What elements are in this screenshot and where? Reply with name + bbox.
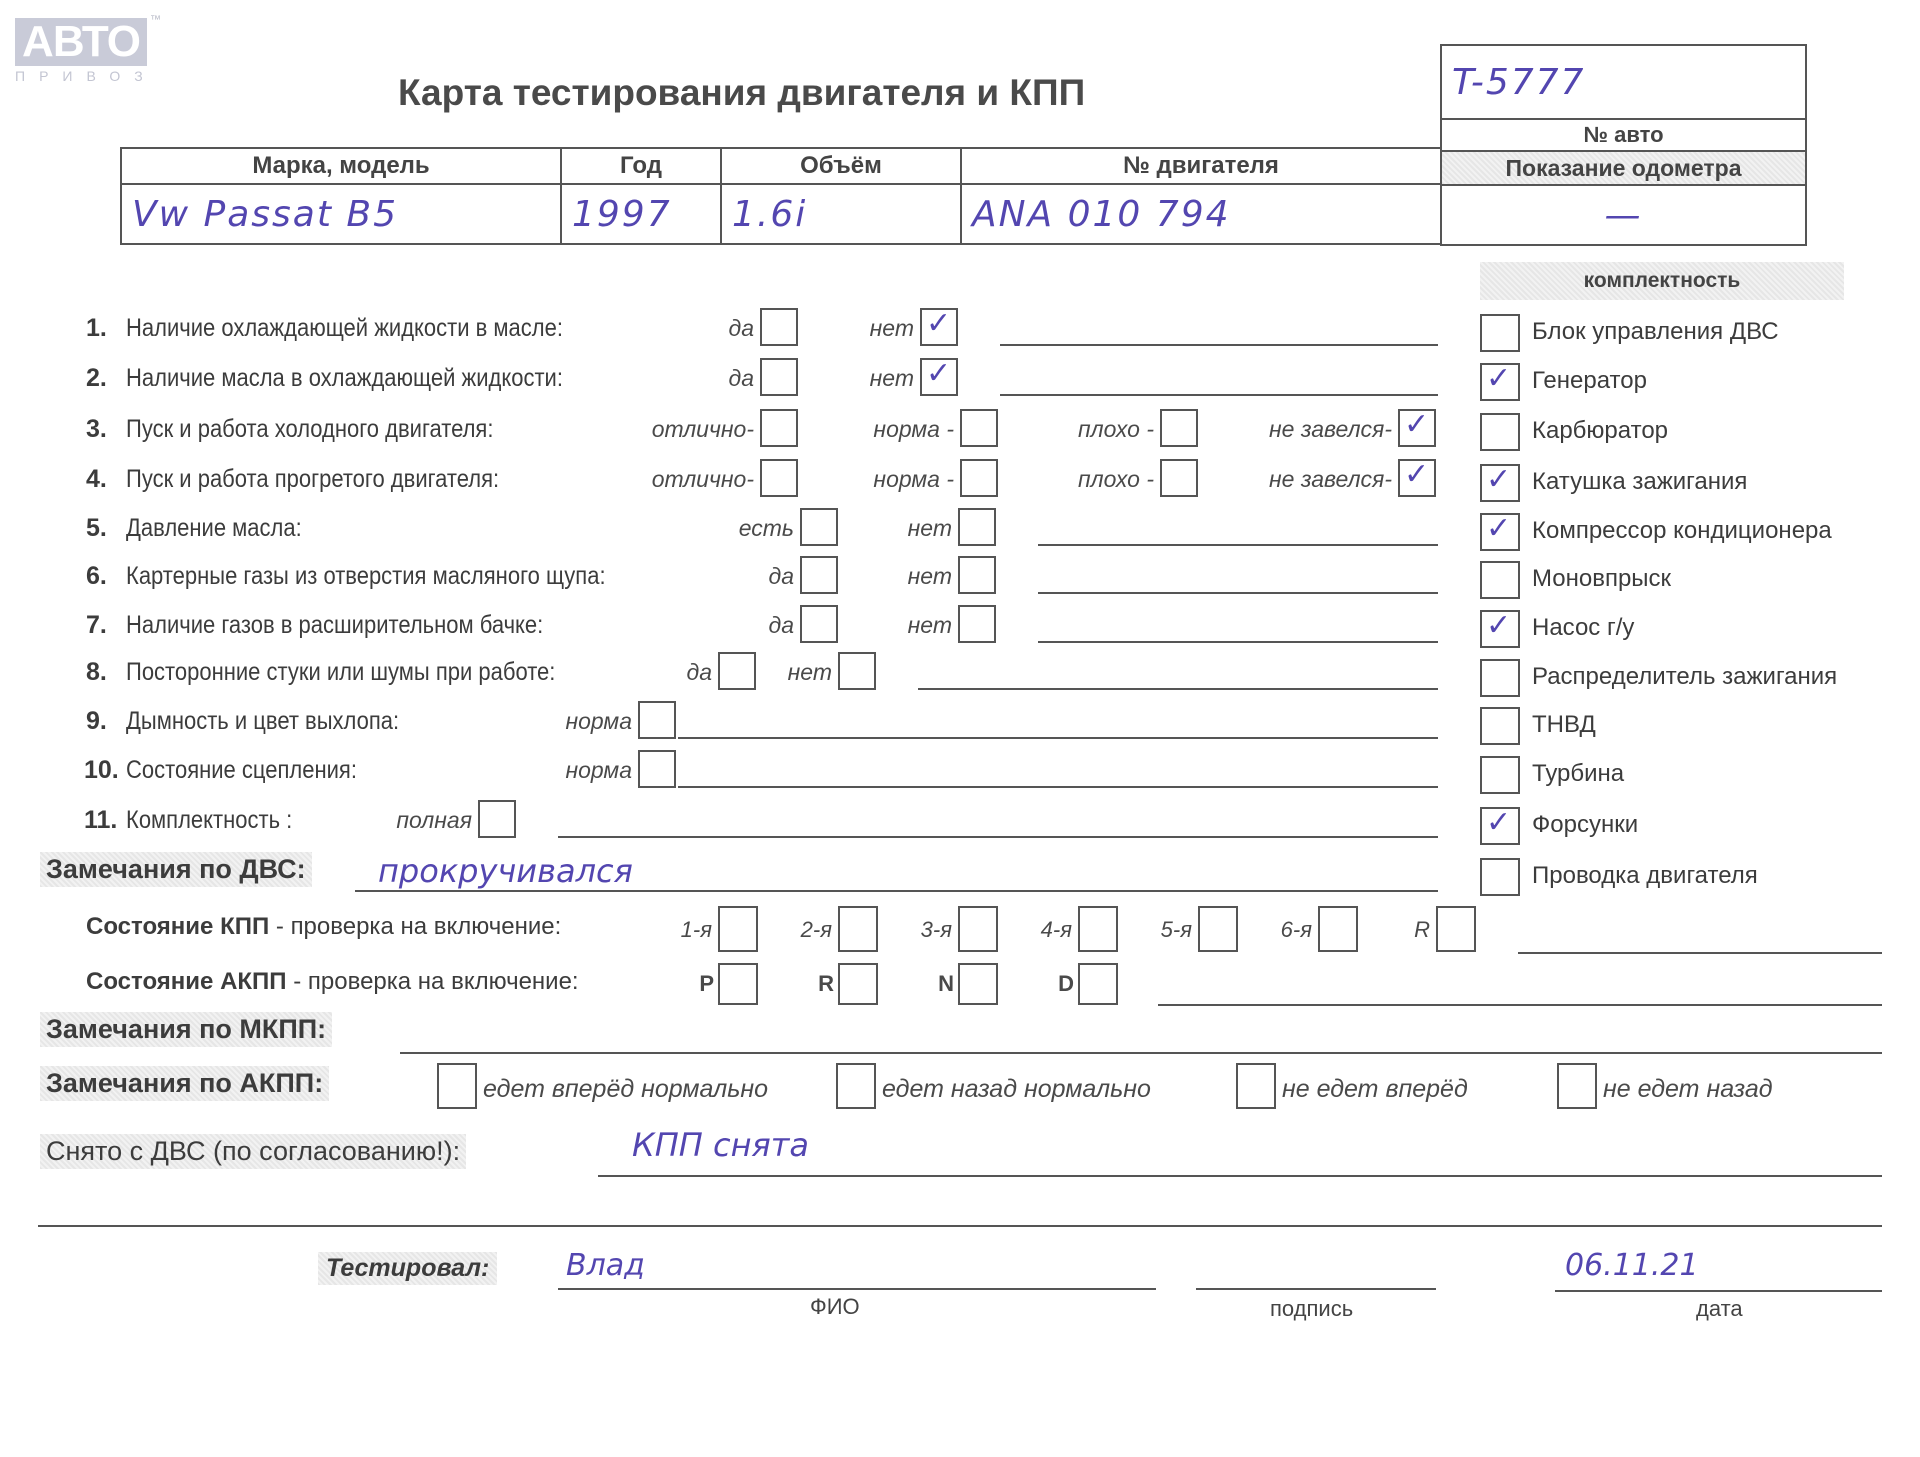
option-label: не завелся-	[1238, 416, 1392, 443]
option-label: да	[640, 563, 794, 590]
engine-number-field[interactable]: ANA 010 794	[961, 184, 1441, 244]
item-number: 8.	[86, 658, 107, 687]
removed-label: Снято с ДВС (по согласованию!):	[40, 1134, 466, 1169]
odometer-field[interactable]: —	[1441, 185, 1806, 245]
option-checkbox[interactable]: ✓	[1398, 409, 1436, 447]
completeness-item-label: Насос г/у	[1532, 614, 1634, 642]
option-checkbox[interactable]: ✓	[920, 308, 958, 346]
option-checkbox[interactable]	[760, 409, 798, 447]
notes-line[interactable]	[558, 836, 1438, 838]
item-number: 7.	[86, 611, 107, 640]
volume-field[interactable]: 1.6i	[721, 184, 961, 244]
option-label: нет	[798, 563, 952, 590]
auto-remark-checkbox[interactable]	[836, 1063, 876, 1109]
option-checkbox[interactable]	[958, 556, 996, 594]
check-item-label: Картерные газы из отверстия масляного щу…	[126, 562, 606, 591]
option-label: есть	[640, 515, 794, 542]
item-number: 9.	[86, 707, 107, 736]
option-checkbox[interactable]	[1160, 409, 1198, 447]
check-item-label: Давление масла:	[126, 514, 302, 543]
auto-remark-checkbox[interactable]	[1236, 1063, 1276, 1109]
option-label: плохо -	[1000, 466, 1154, 493]
checkmark-icon: ✓	[1404, 457, 1429, 492]
engine-remarks-line	[355, 890, 1438, 892]
option-checkbox[interactable]	[838, 652, 876, 690]
signature-line[interactable]	[1196, 1288, 1436, 1290]
item-number: 3.	[86, 415, 107, 444]
check-item-label: Комплектность :	[126, 806, 292, 835]
completeness-checkbox[interactable]: ✓	[1480, 513, 1520, 551]
option-checkbox[interactable]	[958, 605, 996, 643]
gear-label: 2-я	[782, 917, 832, 943]
option-checkbox[interactable]	[760, 459, 798, 497]
header-make-model: Марка, модель	[121, 148, 561, 184]
option-label: плохо -	[1000, 416, 1154, 443]
removed-line	[598, 1175, 1882, 1177]
gear-label: 4-я	[1022, 917, 1072, 943]
gear-label: 6-я	[1262, 917, 1312, 943]
gear-checkbox[interactable]	[1198, 906, 1238, 952]
auto-gearbox-label: Состояние АКПП - проверка на включение:	[86, 968, 579, 996]
gear-label: 1-я	[662, 917, 712, 943]
manual-gearbox-label: Состояние КПП - проверка на включение:	[86, 913, 561, 941]
brand-subtitle: ПРИВОЗ	[15, 68, 151, 84]
option-checkbox[interactable]	[960, 409, 998, 447]
page-title: Карта тестирования двигателя и КПП	[398, 72, 1085, 114]
auto-remark-label: не едет назад	[1603, 1075, 1773, 1104]
date-caption: дата	[1696, 1296, 1743, 1322]
option-label: нет	[798, 612, 952, 639]
tester-label: Тестировал:	[318, 1252, 497, 1285]
option-checkbox[interactable]	[638, 750, 676, 788]
option-label: не завелся-	[1238, 466, 1392, 493]
vehicle-info-table: Марка, модель Год Объём № двигателя Vw P…	[120, 147, 1442, 245]
position-label: R	[784, 971, 834, 997]
position-checkbox[interactable]	[718, 963, 758, 1005]
check-item-label: Наличие газов в расширительном бачке:	[126, 611, 543, 640]
position-label: D	[1024, 971, 1074, 997]
signature-caption: подпись	[1270, 1296, 1353, 1322]
gear-checkbox[interactable]	[838, 906, 878, 952]
checkmark-icon: ✓	[1404, 407, 1429, 442]
auto-remark-label: едет назад нормально	[882, 1075, 1151, 1104]
option-checkbox[interactable]	[960, 459, 998, 497]
notes-line[interactable]	[1038, 544, 1438, 546]
position-label: P	[664, 971, 714, 997]
option-label: да	[640, 612, 794, 639]
option-checkbox[interactable]	[638, 701, 676, 739]
date-line	[1555, 1290, 1882, 1292]
gear-label: 3-я	[902, 917, 952, 943]
option-checkbox[interactable]	[478, 800, 516, 838]
option-label: норма -	[800, 416, 954, 443]
gear-checkbox[interactable]	[1436, 906, 1476, 952]
notes-line[interactable]	[1038, 641, 1438, 643]
gear-checkbox[interactable]	[958, 906, 998, 952]
gear-label: 5-я	[1142, 917, 1192, 943]
item-number: 2.	[86, 364, 107, 393]
auto-remark-checkbox[interactable]	[437, 1063, 477, 1109]
gear-checkbox[interactable]	[1318, 906, 1358, 952]
option-label: норма	[478, 708, 632, 735]
notes-line[interactable]	[678, 786, 1438, 788]
tester-name-line	[558, 1288, 1156, 1290]
completeness-checkbox[interactable]	[1480, 707, 1520, 745]
checkmark-icon: ✓	[1486, 608, 1511, 643]
option-checkbox[interactable]: ✓	[920, 358, 958, 396]
option-label: да	[600, 315, 754, 342]
position-label: N	[904, 971, 954, 997]
odometer-label: Показание одометра	[1441, 151, 1806, 185]
completeness-checkbox[interactable]	[1480, 858, 1520, 896]
position-checkbox[interactable]	[1078, 963, 1118, 1005]
year-field[interactable]: 1997	[561, 184, 721, 244]
header-engine-number: № двигателя	[961, 148, 1441, 184]
removed-field[interactable]: КПП снята	[632, 1126, 809, 1164]
option-label: норма	[478, 757, 632, 784]
completeness-checkbox[interactable]: ✓	[1480, 610, 1520, 648]
completeness-item-label: Форсунки	[1532, 811, 1638, 839]
check-item-label: Состояние сцепления:	[126, 756, 357, 785]
check-item-label: Пуск и работа холодного двигателя:	[126, 415, 493, 444]
car-number-box: T-5777 № авто Показание одометра —	[1440, 44, 1807, 246]
completeness-item-label: Карбюратор	[1532, 417, 1668, 445]
completeness-item-label: Моновпрыск	[1532, 565, 1671, 593]
option-checkbox[interactable]: ✓	[1398, 459, 1436, 497]
completeness-heading: комплектность	[1480, 262, 1844, 300]
completeness-item-label: Блок управления ДВС	[1532, 318, 1779, 346]
notes-line[interactable]	[1038, 592, 1438, 594]
car-number-field[interactable]: T-5777	[1441, 45, 1806, 119]
auto-remark-label: не едет вперёд	[1282, 1075, 1468, 1104]
item-number: 1.	[86, 314, 107, 343]
position-checkbox[interactable]	[958, 963, 998, 1005]
completeness-checkbox[interactable]	[1480, 756, 1520, 794]
item-number: 4.	[86, 465, 107, 494]
manual-gearbox-line	[1518, 952, 1882, 954]
checkmark-icon: ✓	[1486, 462, 1511, 497]
completeness-checkbox[interactable]: ✓	[1480, 807, 1520, 845]
completeness-item-label: Турбина	[1532, 760, 1624, 788]
option-label: отлично-	[600, 466, 754, 493]
completeness-item-label: Распределитель зажигания	[1532, 663, 1837, 691]
checkmark-icon: ✓	[1486, 805, 1511, 840]
option-label: полная	[318, 807, 472, 834]
gear-checkbox[interactable]	[718, 906, 758, 952]
notes-line[interactable]	[1000, 344, 1438, 346]
tester-name-field[interactable]: Влад	[566, 1248, 645, 1283]
header-volume: Объём	[721, 148, 961, 184]
auto-remark-checkbox[interactable]	[1557, 1063, 1597, 1109]
completeness-item-label: Генератор	[1532, 367, 1647, 395]
checkmark-icon: ✓	[1486, 511, 1511, 546]
completeness-checkbox[interactable]	[1480, 561, 1520, 599]
completeness-checkbox[interactable]	[1480, 413, 1520, 451]
manual-remarks-line[interactable]	[400, 1052, 1882, 1054]
completeness-checkbox[interactable]	[1480, 659, 1520, 697]
notes-line[interactable]	[1000, 394, 1438, 396]
car-number-label: № авто	[1441, 119, 1806, 151]
completeness-item-label: Проводка двигателя	[1532, 862, 1758, 890]
option-label: нет	[798, 515, 952, 542]
option-label: отлично-	[600, 416, 754, 443]
completeness-checkbox[interactable]: ✓	[1480, 363, 1520, 401]
notes-line[interactable]	[918, 688, 1438, 690]
engine-remarks-field[interactable]: прокручивался	[378, 852, 633, 890]
item-number: 5.	[86, 514, 107, 543]
header-year: Год	[561, 148, 721, 184]
option-checkbox[interactable]	[1160, 459, 1198, 497]
engine-remarks-label: Замечания по ДВС:	[40, 852, 312, 887]
check-item-label: Посторонние стуки или шумы при работе:	[126, 658, 555, 687]
auto-remarks-label: Замечания по АКПП:	[40, 1066, 329, 1101]
gear-label: R	[1380, 917, 1430, 943]
completeness-item-label: ТНВД	[1532, 711, 1596, 739]
checkmark-icon: ✓	[926, 306, 951, 341]
completeness-item-label: Катушка зажигания	[1532, 468, 1747, 496]
option-checkbox[interactable]	[958, 508, 996, 546]
date-field[interactable]: 06.11.21	[1565, 1248, 1699, 1283]
item-number: 6.	[86, 562, 107, 591]
check-item-label: Пуск и работа прогретого двигателя:	[126, 465, 499, 494]
position-checkbox[interactable]	[838, 963, 878, 1005]
auto-remark-label: едет вперёд нормально	[483, 1075, 768, 1104]
option-label: нет	[760, 315, 914, 342]
option-label: нет	[760, 365, 914, 392]
brand-logo: АВТО	[15, 18, 147, 66]
option-label: норма -	[800, 466, 954, 493]
completeness-checkbox[interactable]	[1480, 314, 1520, 352]
section-divider	[38, 1225, 1882, 1227]
checkmark-icon: ✓	[1486, 361, 1511, 396]
check-item-label: Наличие масла в охлаждающей жидкости:	[126, 364, 563, 393]
name-caption: ФИО	[810, 1294, 860, 1320]
notes-line[interactable]	[678, 737, 1438, 739]
check-item-label: Дымность и цвет выхлопа:	[126, 707, 399, 736]
gear-checkbox[interactable]	[1078, 906, 1118, 952]
trademark-mark: ™	[150, 14, 161, 26]
auto-gearbox-line	[1158, 1004, 1882, 1006]
option-label: да	[600, 365, 754, 392]
manual-remarks-label: Замечания по МКПП:	[40, 1012, 332, 1047]
item-number: 10.	[84, 756, 119, 785]
item-number: 11.	[84, 806, 117, 835]
make-model-field[interactable]: Vw Passat B5	[121, 184, 561, 244]
checkmark-icon: ✓	[926, 356, 951, 391]
check-item-label: Наличие охлаждающей жидкости в масле:	[126, 314, 563, 343]
option-label: нет	[678, 659, 832, 686]
completeness-checkbox[interactable]: ✓	[1480, 464, 1520, 502]
completeness-item-label: Компрессор кондиционера	[1532, 517, 1832, 545]
